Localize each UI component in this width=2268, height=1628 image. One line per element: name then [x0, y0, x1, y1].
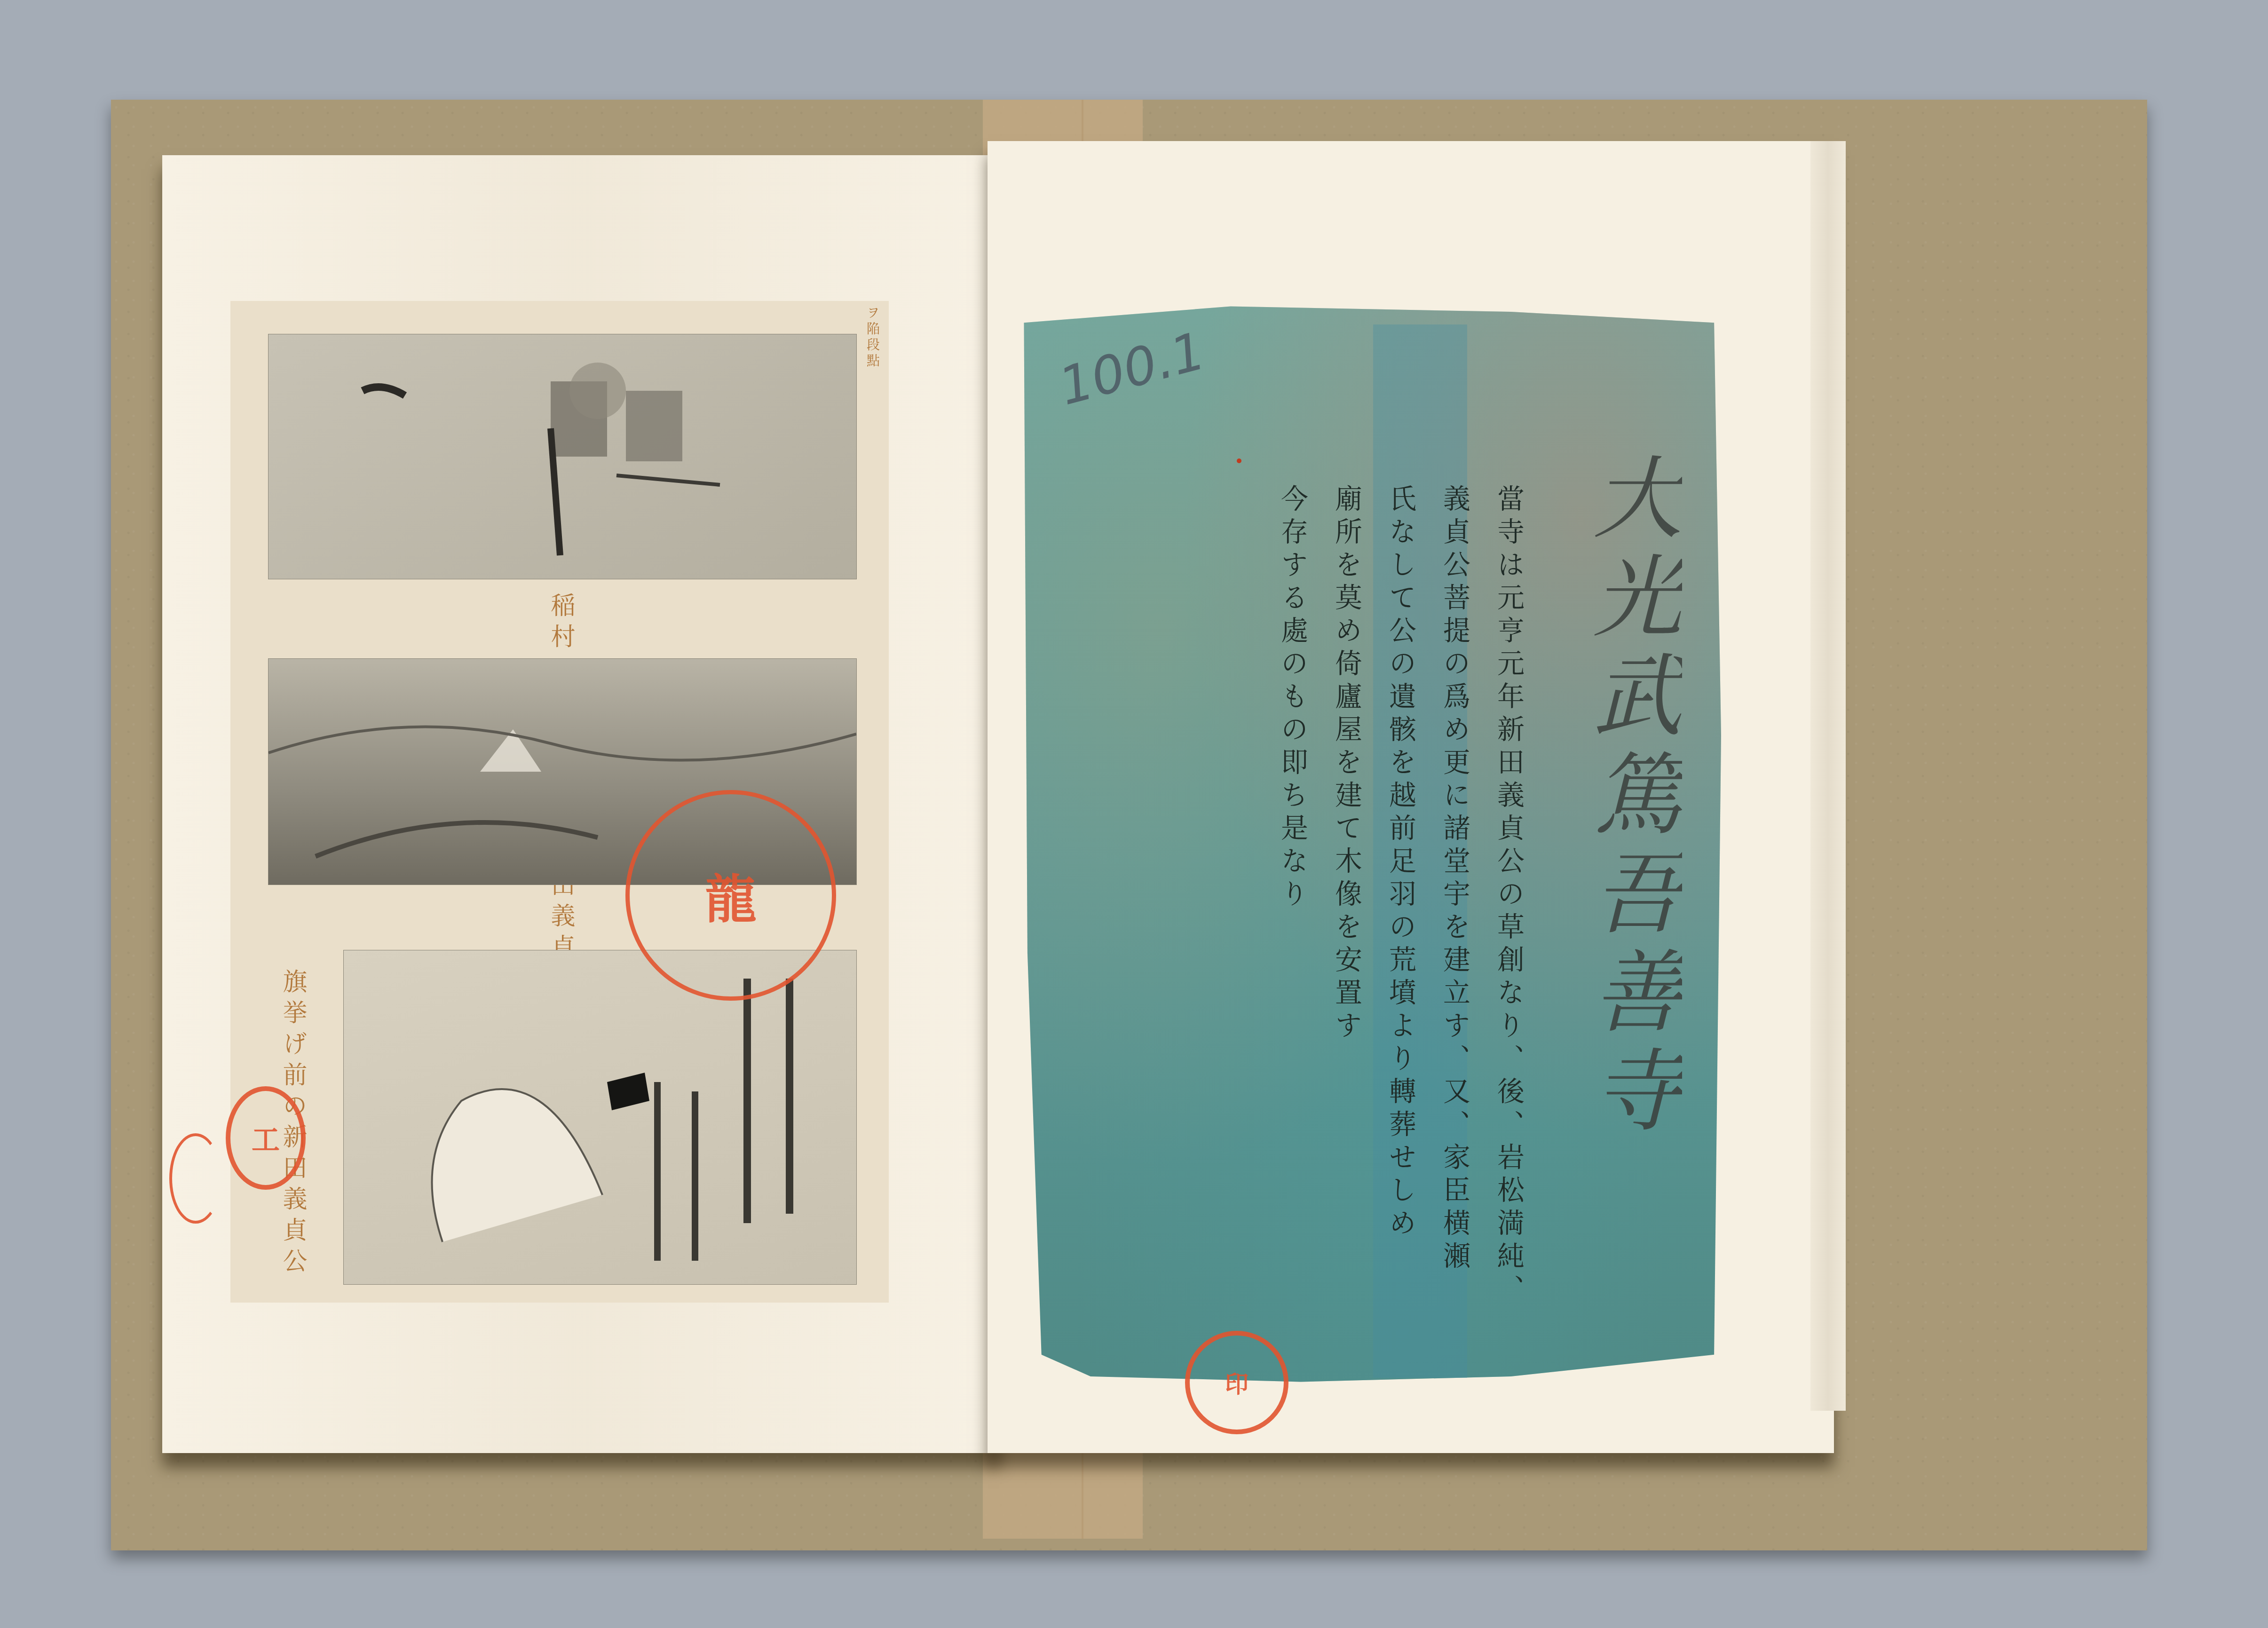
seal-stamp-partial: [169, 1133, 222, 1224]
handwritten-title: 大光武篤吾善寺: [1566, 451, 1694, 1143]
seal-glyph: 印: [1225, 1366, 1249, 1399]
text-column: 廟所を莫め倚廬屋を建て木像を安置す: [1330, 484, 1362, 1044]
postcard-corner-label: ヲ陥段點: [863, 306, 882, 370]
red-speck: [1237, 458, 1241, 463]
seal-glyph: 龍: [705, 858, 757, 933]
photo-seated-figure: [343, 950, 857, 1285]
photo-warrior: [268, 334, 857, 579]
seal-glyph: 工: [252, 1118, 280, 1158]
warrior-illustration-icon: [269, 334, 856, 579]
seal-stamp-bottom-left: 工: [226, 1086, 306, 1190]
text-column: 義貞公菩提の爲め更に諸堂宇を建立す、又、家臣横瀬: [1438, 484, 1470, 1274]
postcard: ヲ陥段點 稲村ヶ崎に於ける新田義貞公 旗挙: [230, 301, 889, 1303]
temple-history-text: 當寺は元亨元年新田義貞公の草創なり、後、岩松満純、 義貞公菩提の爲め更に諸堂宇を…: [1265, 484, 1535, 1378]
text-column: 氏なして公の遺骸を越前足羽の荒墳より轉葬せしめ: [1384, 484, 1416, 1241]
seated-figure-illustration-icon: [344, 950, 856, 1284]
text-column: 今存する處のもの即ち是なり: [1276, 484, 1308, 912]
page-edges: [1810, 141, 1846, 1411]
seal-stamp-sleeve: 印: [1185, 1331, 1288, 1434]
seal-stamp-red: 龍: [625, 790, 836, 1001]
text-column: 當寺は元亨元年新田義貞公の草創なり、後、岩松満純、: [1493, 484, 1525, 1307]
